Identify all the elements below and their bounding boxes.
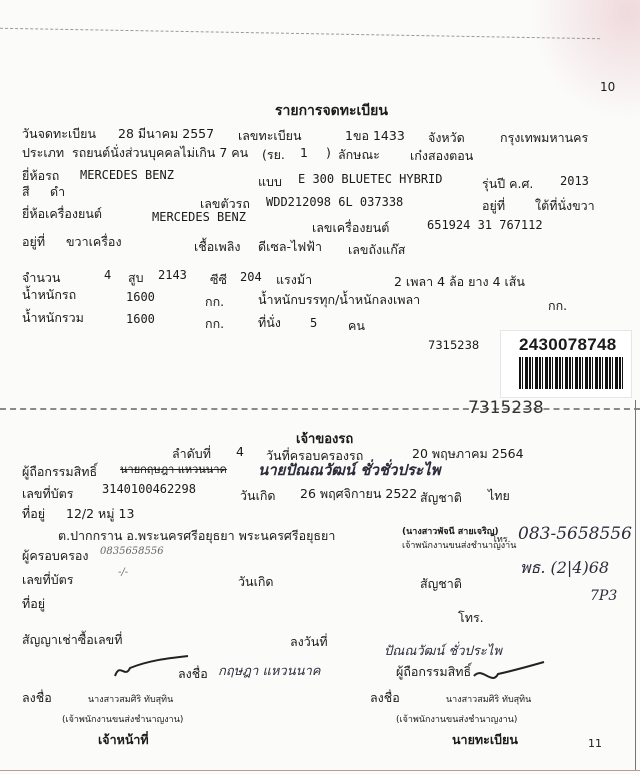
possessor-addr-label: ที่อยู่ xyxy=(22,594,45,614)
possessor-label: ผู้ครอบครอง xyxy=(22,546,89,566)
stamp-number: 7315238 xyxy=(468,398,544,418)
load-kg: กก. xyxy=(548,296,567,316)
dob: 26 พฤศจิกายน 2522 xyxy=(300,484,417,504)
engine-no-label: เลขเครื่องยนต์ xyxy=(312,218,389,238)
cylinders: 4 xyxy=(104,268,111,282)
officer-title: (เจ้าพนักงานขนส่งชำนาญงาน) xyxy=(62,712,183,726)
officer-name: นางสาวสมศิริ ทับสุทิน xyxy=(88,692,173,706)
holder: นายปัณณวัฒน์ ชั่วชั่วประไพ xyxy=(258,458,441,482)
addr-label: ที่อยู่ xyxy=(22,504,45,524)
registration-title: รายการจดทะเบียน xyxy=(275,100,388,122)
officer-sign-label: ลงชื่อ xyxy=(22,688,52,708)
model: E 300 BLUETEC HYBRID xyxy=(298,172,443,186)
ref-number: 7315238 xyxy=(428,338,479,352)
code-label: (รย. xyxy=(262,145,285,165)
possessor-phone-label: โทร. xyxy=(458,608,484,628)
holder-sign-label: ลงชื่อ xyxy=(178,664,208,684)
order: 4 xyxy=(236,444,244,459)
fuel-label: เชื้อเพลิง xyxy=(194,237,241,257)
old-holder: นายกฤษฎา แหวนนาค xyxy=(120,460,227,478)
holder-signature: กฤษฎา แหวนนาค xyxy=(218,660,321,681)
lease-contract-label: สัญญาเช่าซื้อเลขที่ xyxy=(22,630,122,650)
engine-no: 651924 31 767112 xyxy=(427,218,543,232)
page-border xyxy=(635,400,636,770)
seats-label: ที่นั่ง xyxy=(258,313,281,333)
nation: ไทย xyxy=(488,486,510,506)
year: 2013 xyxy=(560,174,589,188)
officer-role: เจ้าหน้าที่ xyxy=(98,730,149,750)
year-label: รุ่นปี ค.ศ. xyxy=(482,174,533,194)
registrar-role: นายทะเบียน xyxy=(452,730,518,750)
holder-role: ผู้ถือกรรมสิทธิ์ xyxy=(396,662,471,682)
possessor-id: -/- xyxy=(118,567,128,578)
vin: WDD212098 6L 037338 xyxy=(266,195,403,209)
signature-mark-icon xyxy=(468,660,548,690)
new-owner-signature: ปัณณวัฒน์ ชั่วประไพ xyxy=(384,640,502,661)
barcode-sticker: 2430078748 xyxy=(500,330,632,398)
note-handwritten: พธ. (2|4)68 xyxy=(520,556,609,581)
possessor-nation-label: สัญชาติ xyxy=(420,574,462,594)
reg-date: 28 มีนาคม 2557 xyxy=(118,124,214,144)
page-number-top: 10 xyxy=(600,80,615,94)
possessor-value: 0835658556 xyxy=(100,546,164,557)
registrar-title: (เจ้าพนักงานขนส่งชำนาญงาน) xyxy=(396,712,517,726)
load-label: น้ำหนักบรรทุก/น้ำหนักลงเพลา xyxy=(258,290,420,310)
vin-loc: ใต้ที่นั่งขวา xyxy=(535,196,595,216)
barcode-icon xyxy=(519,357,623,389)
fold-line xyxy=(0,28,600,39)
type-label: ประเภท xyxy=(22,143,64,163)
page-number-bottom: 11 xyxy=(588,737,602,750)
vin-loc-label: อยู่ที่ xyxy=(482,196,505,216)
id-number: 3140100462298 xyxy=(102,482,196,496)
code-close: ) xyxy=(326,145,331,160)
weight-kg: กก. xyxy=(205,292,224,312)
barcode-number: 2430078748 xyxy=(519,335,617,355)
possessor-dob-label: วันเกิด xyxy=(238,572,274,592)
style-label: ลักษณะ xyxy=(338,145,380,165)
weight-label: น้ำหนักรถ xyxy=(22,285,76,305)
vehicle-type: รถยนต์นั่งส่วนบุคคลไม่เกิน 7 คน xyxy=(72,143,248,163)
registrar-sign-label: ลงชื่อ xyxy=(370,688,400,708)
province: กรุงเทพมหานคร xyxy=(500,128,588,148)
page-divider xyxy=(0,408,640,410)
nation-label: สัญชาติ xyxy=(420,488,462,508)
color: ดำ xyxy=(50,182,65,202)
weight: 1600 xyxy=(126,290,155,304)
gross-label: น้ำหนักรวม xyxy=(22,308,84,328)
gross: 1600 xyxy=(126,312,155,326)
reg-date-label: วันจดทะเบียน xyxy=(22,124,96,144)
engine-brand-label: ยี่ห้อเครื่องยนต์ xyxy=(22,204,102,224)
engine-loc: ขวาเครื่อง xyxy=(66,232,122,252)
style: เก๋งสองตอน xyxy=(410,146,473,166)
fuel: ดีเซล-ไฟฟ้า xyxy=(258,237,322,257)
province-label: จังหวัด xyxy=(428,128,465,148)
id-label: เลขที่บัตร xyxy=(22,484,73,504)
cc: 2143 xyxy=(158,268,187,282)
plate: 1ขอ 1433 xyxy=(345,126,405,146)
model-label: แบบ xyxy=(258,172,282,192)
axle-text: 2 เพลา 4 ล้อ ยาง 4 เส้น xyxy=(394,272,525,292)
brand: MERCEDES BENZ xyxy=(80,168,174,182)
paper-stain xyxy=(530,0,640,120)
registrar-name: นางสาวสมศิริ ทับสุทิน xyxy=(446,692,531,706)
phone-label: โทร. xyxy=(492,532,510,546)
note2-handwritten: 7P3 xyxy=(590,588,617,604)
engine-brand: MERCEDES BENZ xyxy=(152,210,246,224)
officer-stamp-name: (นางสาวพัจนี สายเจริญ) xyxy=(402,524,499,538)
gross-kg: กก. xyxy=(205,314,224,334)
engine-loc-label: อยู่ที่ xyxy=(22,232,45,252)
code: 1 xyxy=(300,145,308,160)
phone-handwritten: 083-5658556 xyxy=(518,524,632,544)
seats: 5 xyxy=(310,316,317,330)
addr2: ต.ปากกราน อ.พระนครศรีอยุธยา พระนครศรีอยุ… xyxy=(58,526,335,546)
bottom-edge xyxy=(0,770,640,771)
cc-label: ซีซี xyxy=(210,270,227,290)
hp: 204 xyxy=(240,270,262,284)
possessor-id-label: เลขที่บัตร xyxy=(22,570,73,590)
addr1: 12/2 หมู่ 13 xyxy=(66,504,134,524)
cylinders-label: สูบ xyxy=(128,268,144,288)
hp-label: แรงม้า xyxy=(276,270,312,290)
holder-label: ผู้ถือกรรมสิทธิ์ xyxy=(22,462,97,482)
dob-label: วันเกิด xyxy=(240,486,276,506)
lease-date-label: ลงวันที่ xyxy=(290,632,328,652)
color-label: สี xyxy=(22,182,30,202)
seats-unit: คน xyxy=(348,316,365,336)
gas-tank-label: เลขถังแก๊ส xyxy=(348,240,405,260)
